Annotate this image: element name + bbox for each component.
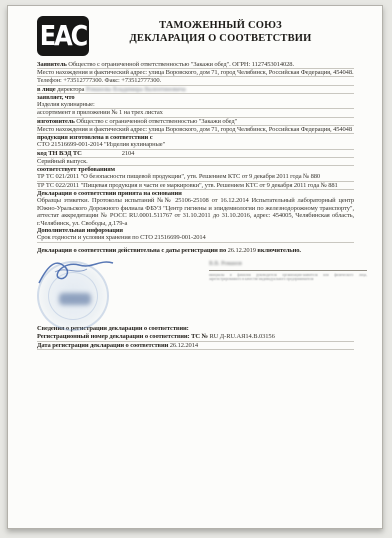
handwritten-signature	[35, 245, 165, 295]
eac-logo-text: ЕАС	[40, 22, 87, 50]
form-line-applicant-address: Место нахождения и фактический адрес: ул…	[37, 69, 354, 77]
signer-name-redacted: В.В. Романов	[209, 261, 367, 268]
signature-caption-redacted: инициалы и фамилия руководителя организа…	[209, 273, 367, 282]
form-line-represented-by: в лице директора Романова Владимира Вале…	[37, 86, 354, 94]
declaration-body: Заявитель Общество с ограниченной ответс…	[37, 61, 354, 319]
form-line-phone-fax: Телефон: +73512777300. Факс: +7351277730…	[37, 77, 354, 85]
signature-area: В.В. Романов инициалы и фамилия руководи…	[37, 257, 354, 319]
title-line-1: ТАМОЖЕННЫЙ СОЮЗ	[89, 19, 352, 32]
form-line-declares: заявляет, что	[37, 94, 354, 101]
form-line-assortment: ассортимент в приложении № 1 на трех лис…	[37, 109, 354, 117]
form-line-product: Изделия кулинарные:	[37, 101, 354, 109]
document-page: ЕАС ТАМОЖЕННЫЙ СОЮЗ ДЕКЛАРАЦИЯ О СООТВЕТ…	[7, 5, 383, 529]
conformity-basis-paragraph: Образцы этикетки. Протоколы испытаний №№…	[37, 197, 354, 227]
form-line-serial-production: Серийный выпуск.	[37, 158, 354, 166]
form-line-tr-ts-022: ТР ТС 022/2011 "Пищевая продукция в част…	[37, 182, 354, 190]
scan-background: ЕАС ТАМОЖЕННЫЙ СОЮЗ ДЕКЛАРАЦИЯ О СООТВЕТ…	[0, 0, 392, 538]
form-line-applicant: Заявитель Общество с ограниченной ответс…	[37, 61, 354, 69]
signature-line	[209, 269, 367, 271]
director-name-redacted: Романова Владимира Валентиновича	[86, 86, 186, 93]
form-line-tr-ts-021: ТР ТС 021/2011 "О безопасности пищевой п…	[37, 173, 354, 181]
form-line-produced-per: продукция изготовлена в соответствии с	[37, 134, 354, 141]
form-line-manufacturer: изготовитель Общество с ограниченной отв…	[37, 118, 354, 126]
signer-block: В.В. Романов инициалы и фамилия руководи…	[209, 261, 367, 281]
eac-logo: ЕАС	[37, 16, 89, 56]
form-line-complies-with: соответствует требованиям	[37, 166, 354, 173]
document-title: ТАМОЖЕННЫЙ СОЮЗ ДЕКЛАРАЦИЯ О СООТВЕТСТВИ…	[89, 16, 382, 45]
registration-date-line: Дата регистрации декларации о соответств…	[37, 342, 354, 350]
form-line-sto-standard: СТО 21516699-001-2014 "Изделия кулинарны…	[37, 141, 354, 149]
title-line-2: ДЕКЛАРАЦИЯ О СООТВЕТСТВИИ	[89, 32, 352, 45]
document-header: ЕАС ТАМОЖЕННЫЙ СОЮЗ ДЕКЛАРАЦИЯ О СООТВЕТ…	[8, 16, 382, 56]
form-line-adopted-on-basis: Декларация о соответствии принята на осн…	[37, 190, 354, 197]
form-line-manufacturer-address: Место нахождения и фактический адрес: ул…	[37, 126, 354, 134]
registration-number-line: Регистрационный номер декларации о соотв…	[37, 333, 354, 341]
form-line-shelf-life: Срок годности и условия хранения по СТО …	[37, 234, 354, 242]
form-line-additional-info: Дополнительная информация	[37, 227, 354, 234]
form-line-tnved-code: код ТН ВЭД ТС2104	[37, 150, 354, 158]
